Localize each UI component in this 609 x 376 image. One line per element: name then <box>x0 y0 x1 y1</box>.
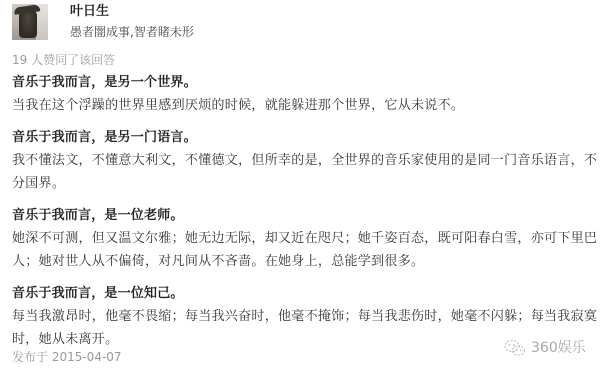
author-name[interactable]: 叶日生 <box>70 4 194 20</box>
section-body: 当我在这个浮躁的世界里感到厌烦的时候，就能躲进那个世界，它从未说不。 <box>12 94 602 117</box>
section-body: 她深不可测，但又温文尔雅；她无边无际，却又近在咫尺；她千姿百态，既可阳春白雪，亦… <box>12 227 602 273</box>
author-info: 叶日生 愚者闇成事,智者睹未形 <box>70 4 194 40</box>
author-bio: 愚者闇成事,智者睹未形 <box>70 24 194 40</box>
answer-content: 音乐于我而言，是另一个世界。 当我在这个浮躁的世界里感到厌烦的时候，就能躲进那个… <box>12 72 602 361</box>
section-heading: 音乐于我而言，是一位知己。 <box>12 283 602 305</box>
section-heading: 音乐于我而言，是另一门语言。 <box>12 127 602 149</box>
section-heading: 音乐于我而言，是另一个世界。 <box>12 72 602 94</box>
watermark: 360娱乐 <box>504 339 586 357</box>
author-card: 叶日生 愚者闇成事,智者睹未形 <box>12 4 194 42</box>
answer-section: 音乐于我而言，是另一个世界。 当我在这个浮躁的世界里感到厌烦的时候，就能躲进那个… <box>12 72 602 117</box>
wechat-icon <box>504 339 526 357</box>
published-date[interactable]: 发布于 2015-04-07 <box>12 349 122 365</box>
watermark-text: 360娱乐 <box>531 339 586 357</box>
section-heading: 音乐于我而言，是一位老师。 <box>12 205 602 227</box>
vote-count[interactable]: 19 人赞同了该回答 <box>12 52 115 68</box>
answer-section: 音乐于我而言，是一位老师。 她深不可测，但又温文尔雅；她无边无际，却又近在咫尺；… <box>12 205 602 273</box>
answer-section: 音乐于我而言，是另一门语言。 我不懂法文，不懂意大利文，不懂德文，但所幸的是，全… <box>12 127 602 195</box>
section-body: 我不懂法文，不懂意大利文，不懂德文，但所幸的是，全世界的音乐家使用的是同一门音乐… <box>12 149 602 195</box>
author-avatar[interactable] <box>12 4 48 40</box>
